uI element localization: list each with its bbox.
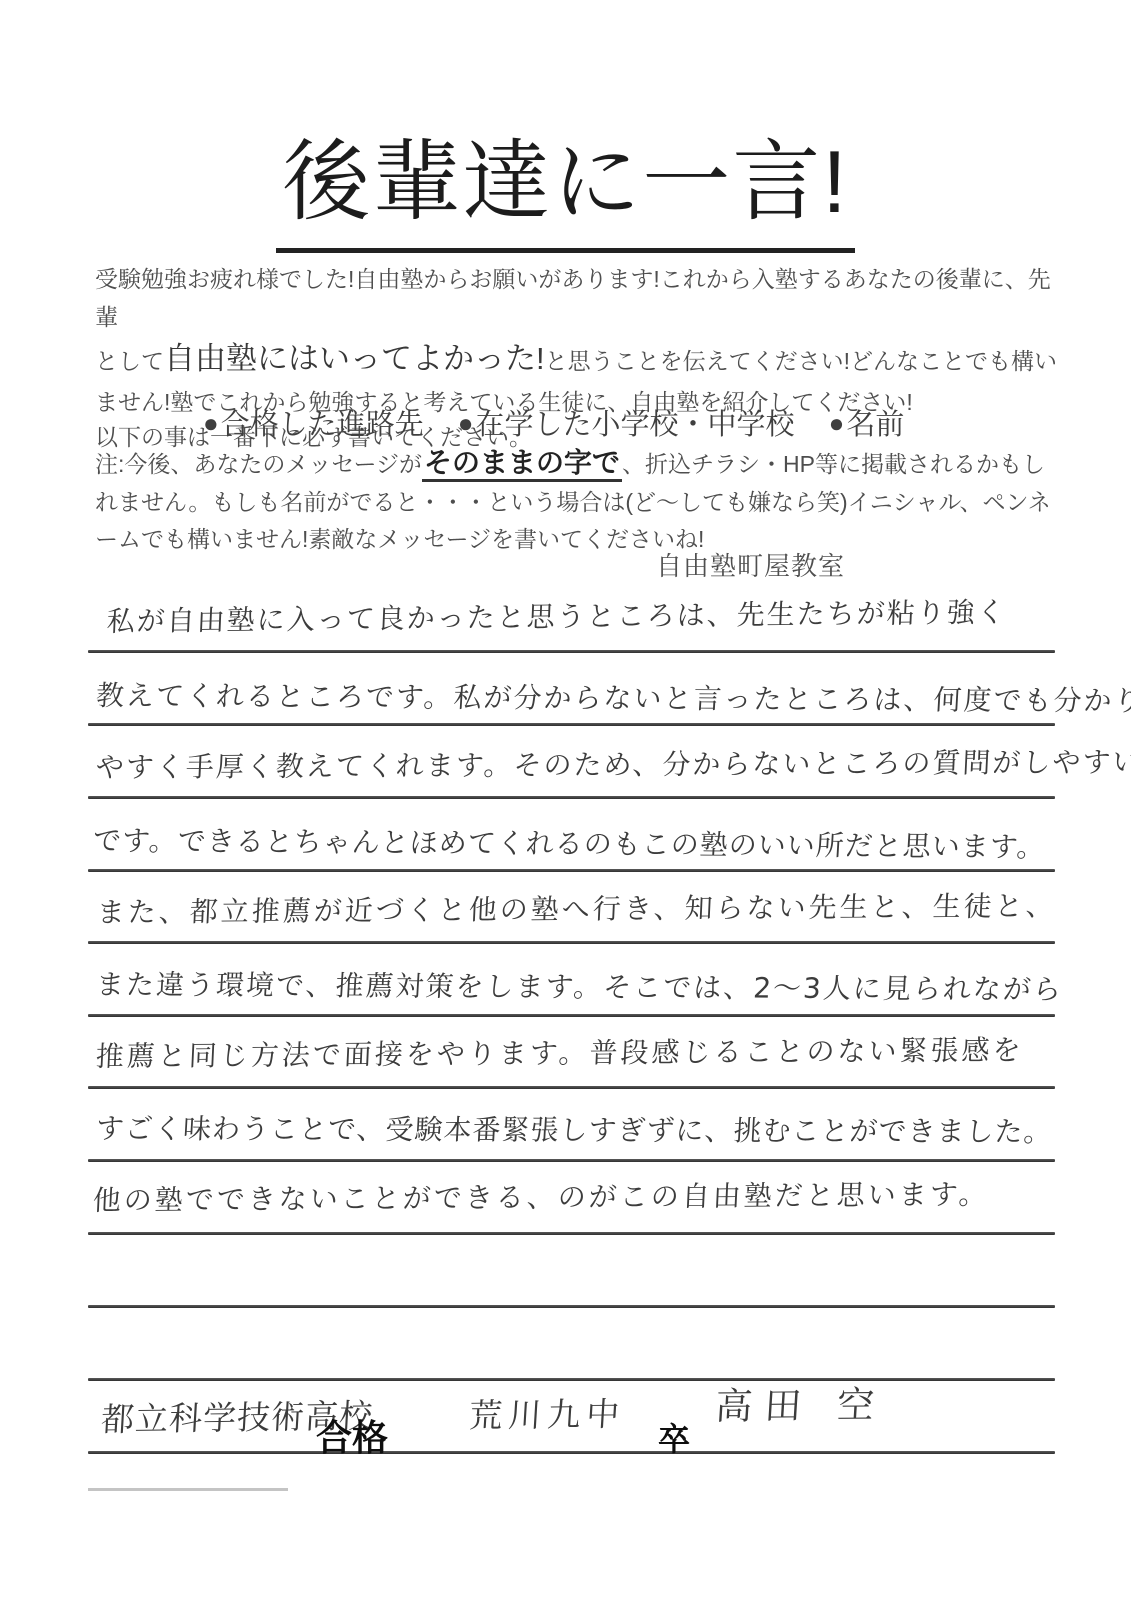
graduate-label: 卒 [658, 1414, 690, 1460]
classroom-name: 自由塾町屋教室 [656, 546, 845, 583]
required-item-label: 在学した小学校・中学校 [476, 409, 795, 441]
note-line-3: ームでも構いません!素敵なメッセージを書いてくださいね! [95, 521, 1070, 558]
note-line-1-emphasis: そのままの字で [422, 447, 622, 482]
ruled-line [88, 723, 1055, 726]
handwritten-message-line-5: また、都立推薦が近づくと他の塾へ行き、知らない先生と、生徒と、 [96, 884, 1058, 931]
ruled-line [88, 1378, 1055, 1381]
page-title-text: 後輩達に一言! [276, 112, 854, 253]
bullet-icon: ● [203, 408, 219, 438]
note-line-1: 注:今後、あなたのメッセージがそのままの字で、折込チラシ・HP等に掲載されるかも… [95, 443, 1070, 484]
bullet-icon: ● [829, 408, 845, 438]
ruled-line [88, 1232, 1055, 1235]
required-items-row: ●合格した進路先 ●在学した小学校・中学校 ●名前 [203, 402, 930, 443]
handwritten-message-line-9: 他の塾でできないことができる、のがこの自由塾だと思います。 [92, 1173, 991, 1219]
ruled-line [88, 1451, 1055, 1454]
required-item-label: 合格した進路先 [221, 409, 424, 441]
ruled-line-partial [88, 1488, 288, 1491]
intro-line-1: 受験勉強お疲れ様でした!自由塾からお願いがあります!これから入塾するあなたの後輩… [95, 260, 1070, 336]
note-line-1-post: 、折込チラシ・HP等に掲載されるかもし [622, 451, 1045, 477]
handwritten-message-line-1: 私が自由塾に入って良かったと思うところは、先生たちが粘り強く [106, 591, 1008, 640]
handwritten-message-line-7: 推薦と同じ方法で面接をやります。普段感じることのない緊張感を [95, 1029, 1025, 1075]
ruled-line [88, 650, 1055, 653]
note-paragraph: 注:今後、あなたのメッセージがそのままの字で、折込チラシ・HP等に掲載されるかも… [95, 443, 1070, 558]
ruled-line [88, 1014, 1055, 1017]
page-title: 後輩達に一言! [0, 112, 1131, 253]
note-line-2: れません。もしも名前がでると・・・という場合は(ど〜しても嫌なら笑)イニシャル、… [95, 484, 1070, 521]
intro-line-2-emphasis: 自由塾にはいってよかった! [164, 341, 545, 376]
handwritten-message-line-8: すごく味わうことで、受験本番緊張しすぎずに、挑むことができました。 [95, 1107, 1054, 1150]
handwritten-message-line-6: また違う環境で、推薦対策をします。そこでは、2〜3人に見られながら [95, 963, 1064, 1008]
pass-label: 合格 [316, 1410, 388, 1461]
intro-line-2-post: と思うことを伝えてください!どんなことでも構い [545, 348, 1057, 374]
required-item-schools: ●在学した小学校・中学校 [458, 409, 795, 441]
ruled-line [88, 1159, 1055, 1162]
ruled-line [88, 796, 1055, 799]
intro-line-2: として自由塾にはいってよかった!と思うことを伝えてください!どんなことでも構い [95, 336, 1070, 384]
handwritten-middle-school: 荒川九中 [468, 1388, 627, 1437]
required-item-name: ●名前 [829, 409, 905, 441]
handwritten-student-name: 高田 空 [714, 1374, 888, 1430]
intro-line-2-pre: として [95, 348, 164, 374]
handwritten-message-line-4: です。できるとちゃんとほめてくれるのもこの塾のいい所だと思います。 [92, 819, 1047, 866]
bullet-icon: ● [458, 408, 474, 438]
ruled-line [88, 941, 1055, 944]
note-line-1-pre: 注:今後、あなたのメッセージが [95, 451, 422, 477]
ruled-line [88, 1086, 1055, 1089]
ruled-line [88, 1305, 1055, 1308]
required-item-label: 名前 [846, 409, 904, 441]
handwritten-message-line-2: 教えてくれるところです。私が分からないと言ったところは、何度でも分かり [95, 674, 1131, 719]
testimonial-form-page: 後輩達に一言! 受験勉強お疲れ様でした!自由塾からお願いがあります!これから入塾… [0, 0, 1131, 1600]
handwritten-message-line-3: やすく手厚く教えてくれます。そのため、分からないところの質問がしやすい [95, 741, 1131, 786]
ruled-line [88, 869, 1055, 872]
required-item-destination: ●合格した進路先 [203, 409, 424, 441]
